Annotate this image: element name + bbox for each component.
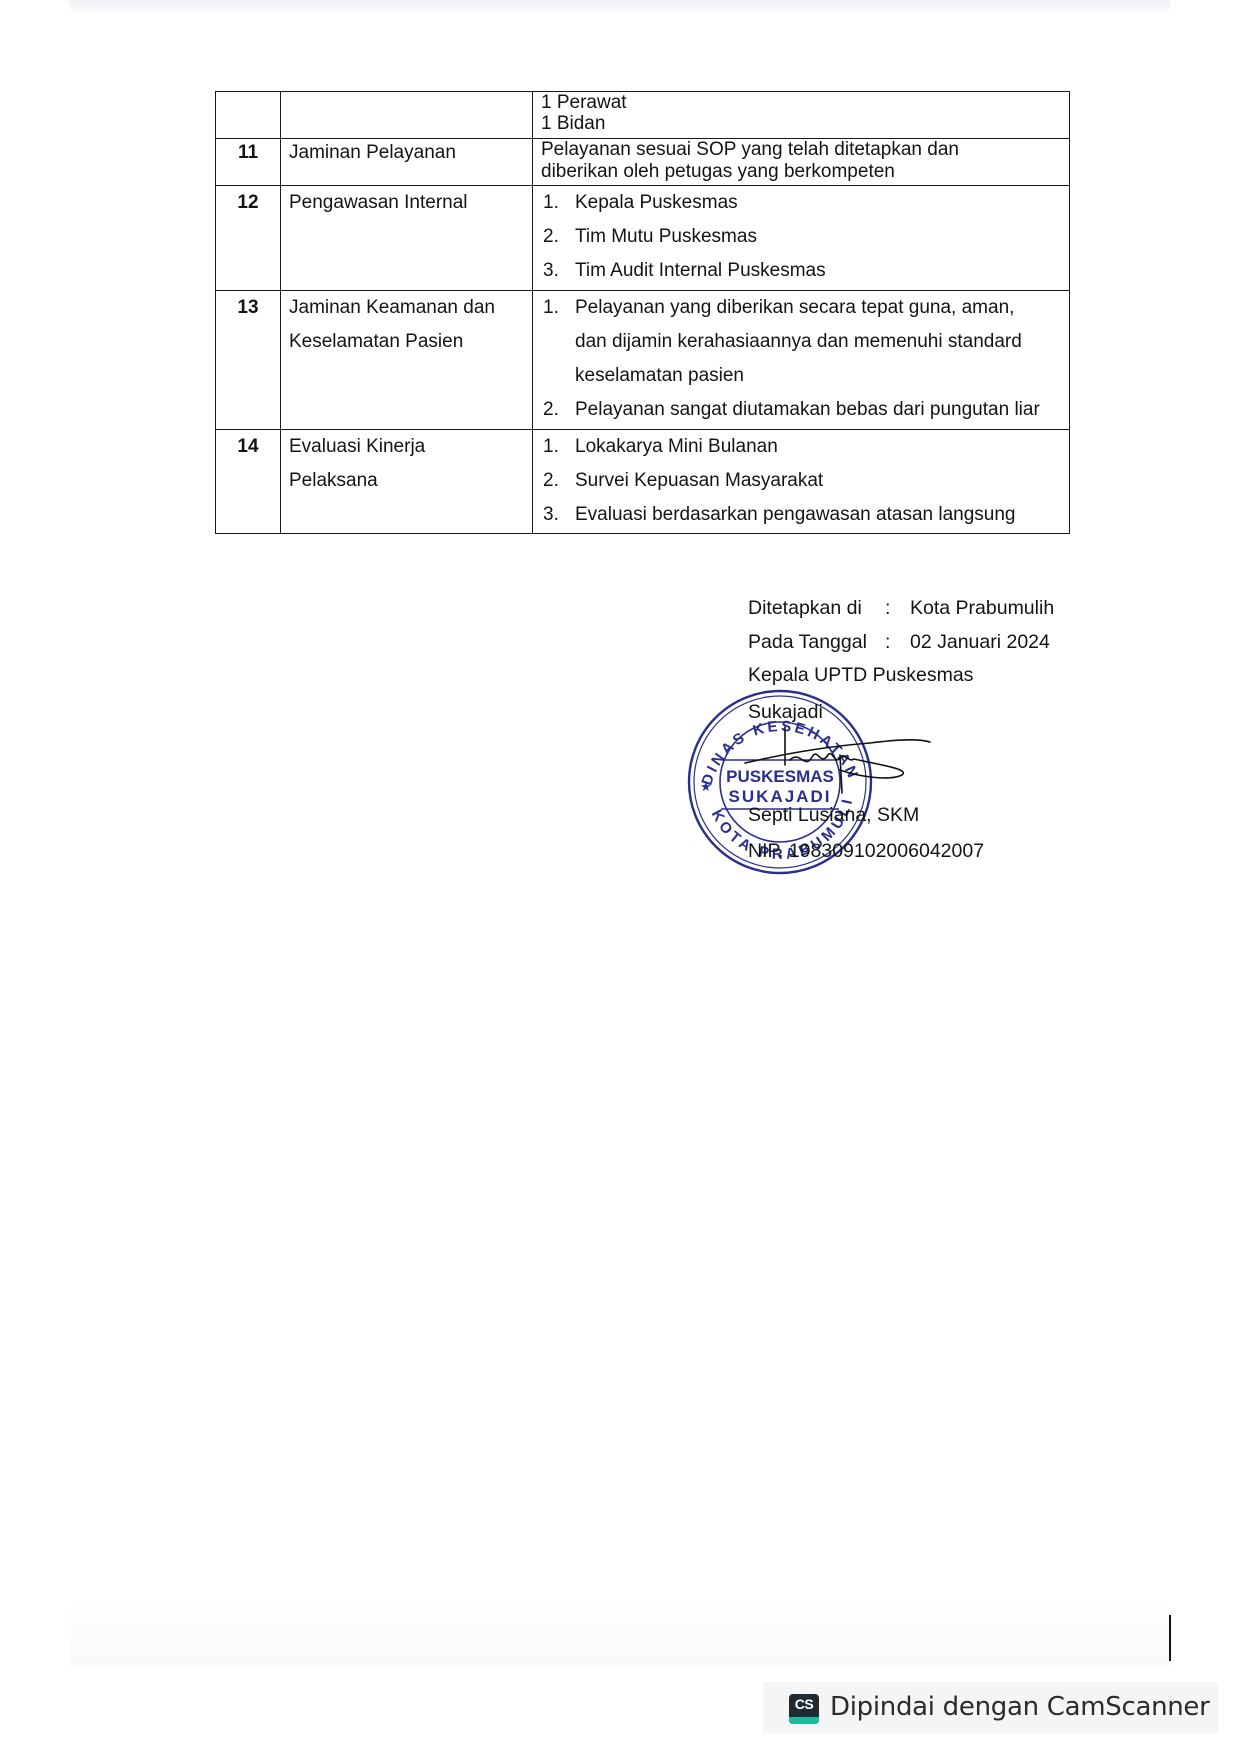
paper-edge: [70, 0, 1170, 14]
service-standard-table: 1 Perawat 1 Bidan 11 Jaminan Pelayanan P…: [215, 91, 1070, 534]
numbered-list: 1.Lokakarya Mini Bulanan 2.Survei Kepuas…: [541, 430, 1069, 532]
list-item: 3.Evaluasi berdasarkan pengawasan atasan…: [541, 498, 1069, 532]
list-item: 2.Tim Mutu Puskesmas: [541, 220, 1069, 254]
date-value: 02 Januari 2024: [910, 631, 1050, 654]
date-label: Pada Tanggal: [748, 631, 867, 654]
handwritten-signature: [740, 725, 940, 805]
row-description: 1.Lokakarya Mini Bulanan 2.Survei Kepuas…: [533, 430, 1070, 534]
place-label: Ditetapkan di: [748, 597, 862, 620]
row-number: 13: [216, 291, 281, 430]
colon: :: [885, 631, 890, 654]
row-component: Jaminan Pelayanan: [281, 139, 533, 186]
row-number: 14: [216, 430, 281, 534]
list-item: 2.Pelayanan sangat diutamakan bebas dari…: [541, 393, 1069, 427]
row-component: Evaluasi Kinerja Pelaksana: [281, 430, 533, 534]
position-line-1: Kepala UPTD Puskesmas: [748, 664, 973, 687]
row-description: 1.Pelayanan yang diberikan secara tepat …: [533, 291, 1070, 430]
description-line: 1 Perawat: [541, 92, 1069, 113]
row-description: 1.Kepala Puskesmas 2.Tim Mutu Puskesmas …: [533, 186, 1070, 291]
row-description: 1 Perawat 1 Bidan: [533, 92, 1070, 139]
position-line-2: Sukajadi: [748, 701, 823, 724]
table-row: 12 Pengawasan Internal 1.Kepala Puskesma…: [216, 186, 1070, 291]
description-line: 1 Bidan: [541, 113, 1069, 134]
list-item: keselamatan pasien: [541, 359, 1069, 393]
row-number: 11: [216, 139, 281, 186]
row-description: Pelayanan sesuai SOP yang telah ditetapk…: [533, 139, 1070, 186]
list-item: dan dijamin kerahasiaannya dan memenuhi …: [541, 325, 1069, 359]
signer-nip: NIP. 198309102006042007: [748, 840, 984, 863]
numbered-list: 1.Kepala Puskesmas 2.Tim Mutu Puskesmas …: [541, 186, 1069, 288]
row-component: [281, 92, 533, 139]
list-item: 3.Tim Audit Internal Puskesmas: [541, 254, 1069, 288]
table-row: 11 Jaminan Pelayanan Pelayanan sesuai SO…: [216, 139, 1070, 186]
description-line: Pelayanan sesuai SOP yang telah ditetapk…: [541, 139, 1069, 161]
row-number: 12: [216, 186, 281, 291]
star-icon: ★: [700, 780, 712, 795]
row-component: Jaminan Keamanan dan Keselamatan Pasien: [281, 291, 533, 430]
watermark-label: Dipindai dengan CamScanner: [830, 1692, 1210, 1722]
description-line: diberikan oleh petugas yang berkompeten: [541, 161, 1069, 183]
page-edge-line: [1169, 1615, 1171, 1661]
row-number: [216, 92, 281, 139]
table-row: 13 Jaminan Keamanan dan Keselamatan Pasi…: [216, 291, 1070, 430]
signer-name: Septi Lusiana, SKM: [748, 804, 919, 827]
camscanner-watermark: CS Dipindai dengan CamScanner: [763, 1682, 1218, 1733]
table-row: 1 Perawat 1 Bidan: [216, 92, 1070, 139]
camscanner-logo-icon: CS: [789, 1694, 819, 1724]
list-item: 2.Survei Kepuasan Masyarakat: [541, 464, 1069, 498]
place-value: Kota Prabumulih: [910, 597, 1054, 620]
numbered-list: 1.Pelayanan yang diberikan secara tepat …: [541, 291, 1069, 427]
table-row: 14 Evaluasi Kinerja Pelaksana 1.Lokakary…: [216, 430, 1070, 534]
colon: :: [885, 597, 890, 620]
paper-shade: [70, 1600, 1170, 1665]
row-component: Pengawasan Internal: [281, 186, 533, 291]
list-item: 1.Lokakarya Mini Bulanan: [541, 430, 1069, 464]
list-item: 1.Pelayanan yang diberikan secara tepat …: [541, 291, 1069, 325]
list-item: 1.Kepala Puskesmas: [541, 186, 1069, 220]
